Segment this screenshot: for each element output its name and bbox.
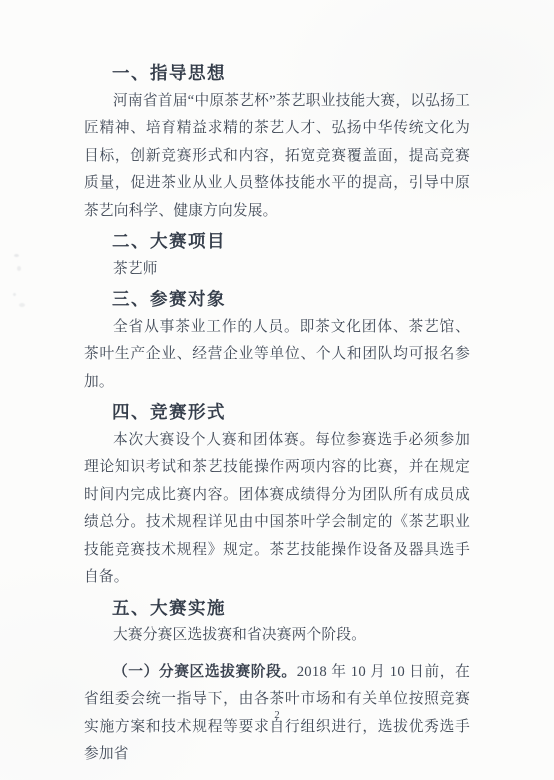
paragraph-implementation-overview: 大赛分赛区选拔赛和省决赛两个阶段。 (84, 622, 470, 650)
paragraph-competition-format: 本次大赛设个人赛和团体赛。每位参赛选手必须参加理论知识考试和茶艺技能操作两项内容… (84, 427, 470, 592)
page-number: 2 (0, 709, 554, 721)
paragraph-participants: 全省从事茶业工作的人员。即茶文化团体、茶艺馆、茶叶生产企业、经营企业等单位、个人… (84, 314, 470, 397)
scan-speck (19, 303, 25, 307)
paragraph-guiding-principles: 河南省首届“中原茶艺杯”茶艺职业技能大赛，以弘扬工匠精神、培育精益求精的茶艺人才… (84, 88, 470, 226)
section-heading-competition-events: 二、大赛项目 (84, 228, 470, 256)
scan-speck (14, 254, 19, 257)
scan-speck (17, 266, 21, 271)
scan-speck (13, 293, 16, 296)
preliminary-stage-lead-label: （一）分赛区选拔赛阶段。 (113, 664, 297, 680)
document-body: 一、指导思想 河南省首届“中原茶艺杯”茶艺职业技能大赛，以弘扬工匠精神、培育精益… (84, 57, 470, 769)
section-heading-guiding-principles: 一、指导思想 (84, 60, 470, 88)
paragraph-competition-events: 茶艺师 (84, 256, 470, 284)
document-page: 一、指导思想 河南省首届“中原茶艺杯”茶艺职业技能大赛，以弘扬工匠精神、培育精益… (0, 0, 554, 780)
section-heading-implementation: 五、大赛实施 (84, 595, 470, 623)
section-heading-competition-format: 四、竞赛形式 (84, 399, 470, 427)
section-heading-participants: 三、参赛对象 (84, 286, 470, 314)
